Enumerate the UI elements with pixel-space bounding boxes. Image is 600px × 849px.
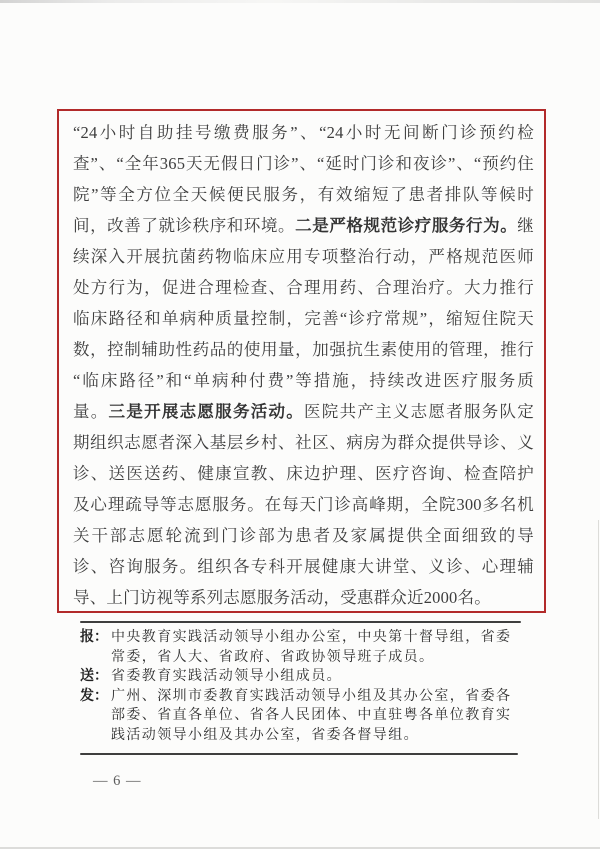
body-text-run: 院”等全方位全天候便民服务，有效缩短了患者排队等候时 xyxy=(73,185,534,204)
body-text-run: “24小时自助挂号缴费服务”、“24小时无间断门诊预约检 xyxy=(73,123,534,142)
body-text-run: 期组织志愿者深入基层乡村、社区、病房为群众提供导诊、义 xyxy=(73,433,534,452)
distribution-row: 践活动领导小组及其办公室，省委各督导组。 xyxy=(80,726,525,746)
body-text-line: 量。三是开展志愿服务活动。医院共产主义志愿者服务队定 xyxy=(73,396,534,427)
distribution-text: 中央教育实践活动领导小组办公室，中央第十督导组，省委 xyxy=(111,628,525,648)
body-text-line: 及心理疏导等志愿服务。在每天门诊高峰期，全院300多名机 xyxy=(73,489,534,520)
body-text-run: 处方行为，促进合理检查、合理用药、合理治疗。大力推行 xyxy=(73,278,534,297)
distribution-text: 广州、深圳市委教育实践活动领导小组及其办公室，省委各 xyxy=(111,687,525,707)
distribution-text: 部委、省直各单位、省各人民团体、中直驻粤各单位教育实 xyxy=(111,706,525,726)
body-text-run: 间，改善了就诊秩序和环境。 xyxy=(73,216,295,235)
body-paragraph: “24小时自助挂号缴费服务”、“24小时无间断门诊预约检查”、“全年365天无假… xyxy=(73,117,534,613)
body-text-run: 临床路径和单病种质量控制，完善“诊疗常规”，缩短住院天 xyxy=(73,309,534,328)
body-text-emphasis: 三是开展志愿服务活动。 xyxy=(109,402,304,421)
distribution-footer: 报：中央教育实践活动领导小组办公室，中央第十督导组，省委常委，省人大、省政府、省… xyxy=(80,621,525,755)
body-text-line: 诊、送医送药、健康宣教、床边护理、医疗咨询、检查陪护 xyxy=(73,458,534,489)
body-text-line: 临床路径和单病种质量控制，完善“诊疗常规”，缩短住院天 xyxy=(73,303,534,334)
body-text-run: 及心理疏导等志愿服务。在每天门诊高峰期，全院300多名机 xyxy=(73,495,534,514)
body-text-run: 诊、咨询服务。组织各专科开展健康大讲堂、义诊、心理辅 xyxy=(73,557,534,576)
body-text-line: 关干部志愿轮流到门诊部为患者及家属提供全面细致的导 xyxy=(73,520,534,551)
scan-artifact-top-edge xyxy=(0,0,600,3)
body-text-run: 查”、“全年365天无假日门诊”、“延时门诊和夜诊”、“预约住 xyxy=(73,154,534,173)
body-text-run: 数，控制辅助性药品的使用量，加强抗生素使用的管理，推行 xyxy=(73,340,534,359)
distribution-text: 践活动领导小组及其办公室，省委各督导组。 xyxy=(111,726,525,746)
distribution-label xyxy=(80,706,111,726)
distribution-row: 发：广州、深圳市委教育实践活动领导小组及其办公室，省委各 xyxy=(80,687,525,707)
body-text-emphasis: 二是严格规范诊疗服务行为。 xyxy=(295,216,517,235)
body-text-line: 续深入开展抗菌药物临床应用专项整治行动，严格规范医师 xyxy=(73,241,534,272)
body-text-run: 医院共产主义志愿者服务队定 xyxy=(304,402,534,421)
divider-line-top xyxy=(80,621,521,623)
body-text-run: 续深入开展抗菌药物临床应用专项整治行动，严格规范医师 xyxy=(73,247,534,266)
body-text-run: 导、上门访视等系列志愿服务活动，受惠群众近2000名。 xyxy=(73,588,491,607)
distribution-rows: 报：中央教育实践活动领导小组办公室，中央第十督导组，省委常委，省人大、省政府、省… xyxy=(80,628,525,746)
body-text-run: 继 xyxy=(517,216,534,235)
body-text-line: “临床路径”和“单病种付费”等措施，持续改进医疗服务质 xyxy=(73,365,534,396)
body-text-run: “临床路径”和“单病种付费”等措施，持续改进医疗服务质 xyxy=(73,371,534,390)
distribution-row: 部委、省直各单位、省各人民团体、中直驻粤各单位教育实 xyxy=(80,706,525,726)
body-text-line: 处方行为，促进合理检查、合理用药、合理治疗。大力推行 xyxy=(73,272,534,303)
body-text-run: 量。 xyxy=(73,402,109,421)
scan-artifact-right-edge xyxy=(598,520,599,819)
body-text-run: 诊、送医送药、健康宣教、床边护理、医疗咨询、检查陪护 xyxy=(73,464,534,483)
distribution-text: 省委教育实践活动领导小组成员。 xyxy=(111,667,525,687)
body-text-line: 间，改善了就诊秩序和环境。二是严格规范诊疗服务行为。继 xyxy=(73,210,534,241)
body-text-line: 导、上门访视等系列志愿服务活动，受惠群众近2000名。 xyxy=(73,582,534,613)
body-text-line: 诊、咨询服务。组织各专科开展健康大讲堂、义诊、心理辅 xyxy=(73,551,534,582)
body-text-line: 期组织志愿者深入基层乡村、社区、病房为群众提供导诊、义 xyxy=(73,427,534,458)
body-text-line: “24小时自助挂号缴费服务”、“24小时无间断门诊预约检 xyxy=(73,117,534,148)
distribution-label: 发： xyxy=(80,687,111,707)
body-text-line: 院”等全方位全天候便民服务，有效缩短了患者排队等候时 xyxy=(73,179,534,210)
body-text-line: 数，控制辅助性药品的使用量，加强抗生素使用的管理，推行 xyxy=(73,334,534,365)
document-page: “24小时自助挂号缴费服务”、“24小时无间断门诊预约检查”、“全年365天无假… xyxy=(0,0,600,849)
distribution-label xyxy=(80,648,111,668)
body-text-run: 关干部志愿轮流到门诊部为患者及家属提供全面细致的导 xyxy=(73,526,534,545)
distribution-row: 常委，省人大、省政府、省政协领导班子成员。 xyxy=(80,648,525,668)
distribution-label: 送： xyxy=(80,667,111,687)
distribution-label: 报： xyxy=(80,628,111,648)
distribution-label xyxy=(80,726,111,746)
highlight-annotation-box: “24小时自助挂号缴费服务”、“24小时无间断门诊预约检查”、“全年365天无假… xyxy=(57,109,546,613)
page-number: — 6 — xyxy=(93,773,142,790)
divider-line-bottom xyxy=(80,753,518,755)
distribution-row: 报：中央教育实践活动领导小组办公室，中央第十督导组，省委 xyxy=(80,628,525,648)
body-text-line: 查”、“全年365天无假日门诊”、“延时门诊和夜诊”、“预约住 xyxy=(73,148,534,179)
distribution-row: 送：省委教育实践活动领导小组成员。 xyxy=(80,667,525,687)
distribution-text: 常委，省人大、省政府、省政协领导班子成员。 xyxy=(111,648,525,668)
